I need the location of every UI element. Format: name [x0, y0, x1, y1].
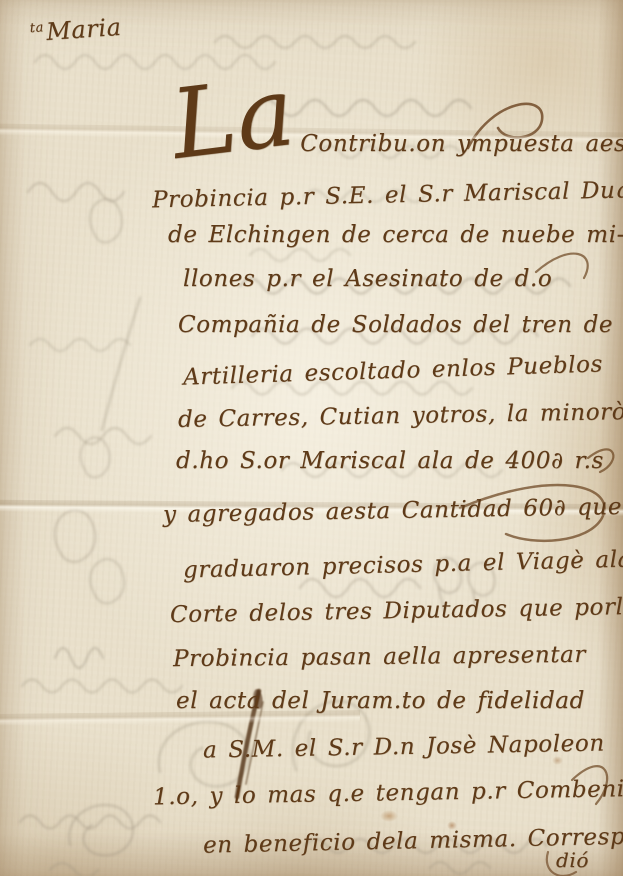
manuscript-line-4: llones p.r el Asesinato de d.o	[183, 266, 552, 292]
manuscript-line-12: Probincia pasan aella apresentar	[173, 642, 586, 672]
header-note-name: Maria	[45, 13, 122, 46]
manuscript-line-5: Compañia de Soldados del tren de	[178, 312, 613, 338]
manuscript-line-1-text: Contribu.on ympuesta aesta	[300, 131, 623, 157]
drop-cap-initial: La	[168, 73, 299, 164]
manuscript-line-3: de Elchingen de cerca de nuebe mi-	[168, 222, 623, 248]
header-note-superscript: ta	[29, 20, 44, 36]
catchword: dió	[556, 848, 589, 872]
manuscript-line-1: La Contribu.on ympuesta aesta	[172, 80, 623, 157]
manuscript-line-13: el acta del Juram.to de fidelidad	[176, 688, 585, 714]
manuscript-line-8: d.ho S.or Mariscal ala de 400∂ r.s	[176, 448, 604, 474]
manuscript-page: taMaria La Contribu.on ympuesta aesta Pr…	[0, 0, 623, 876]
